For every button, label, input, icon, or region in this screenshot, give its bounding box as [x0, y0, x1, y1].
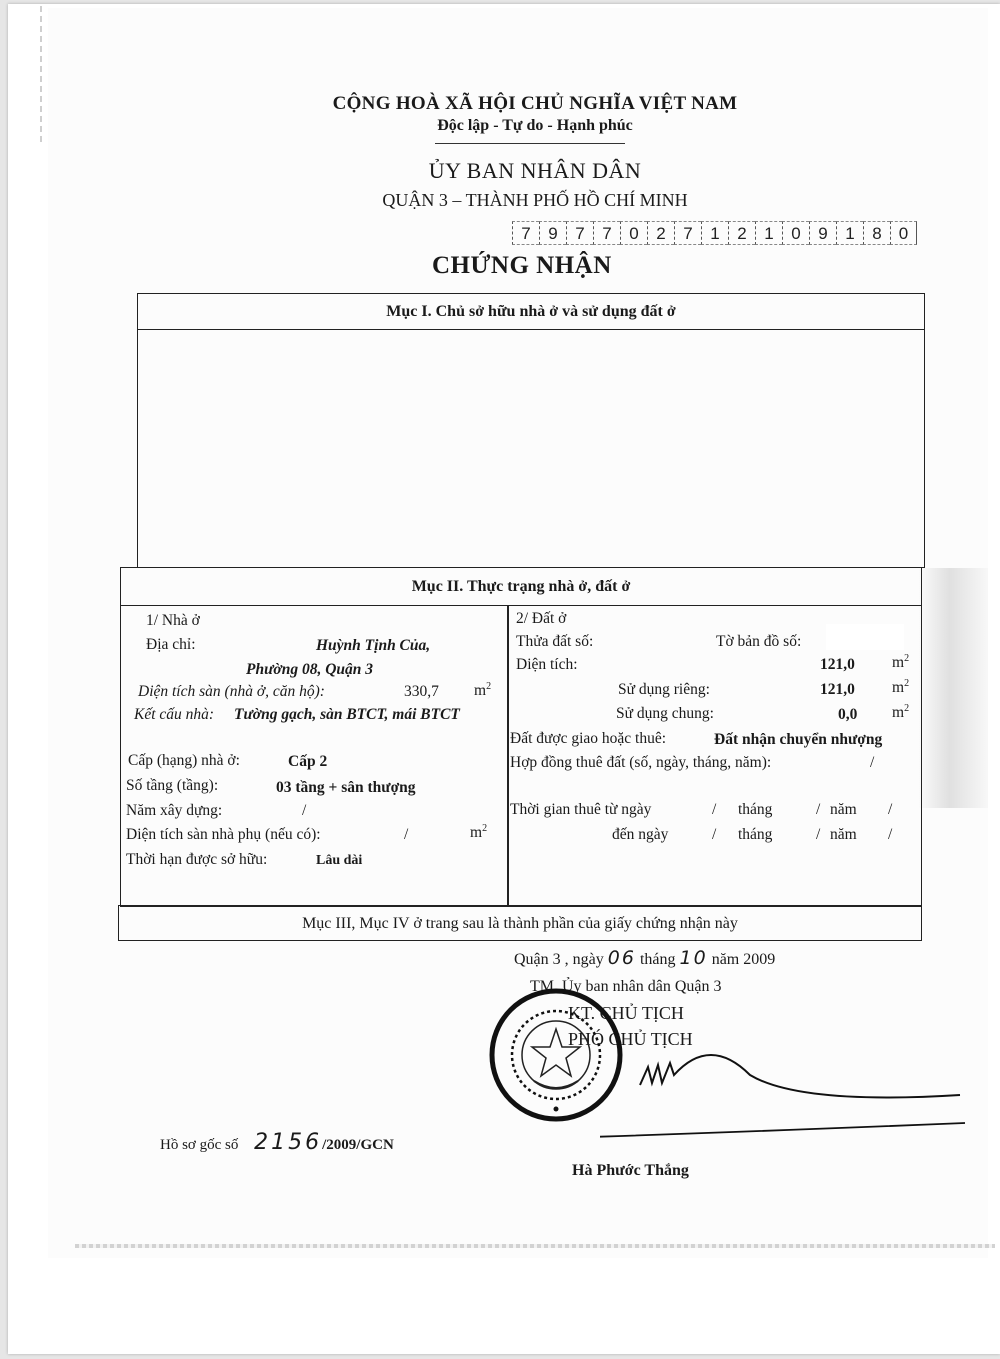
floors-value: 03 tầng + sân thượng — [276, 779, 416, 797]
lease-from-year: / — [888, 801, 892, 819]
issue-date: Quận 3 , ngày 06 tháng 10 năm 2009 — [514, 947, 775, 969]
aux-area-unit: m2 — [470, 823, 487, 842]
allocation-value: Đất nhận chuyển nhượng — [714, 731, 882, 749]
national-motto: Độc lập - Tự do - Hạnh phúc — [0, 117, 1000, 135]
code-digit: 7 — [593, 221, 620, 245]
certificate-title: CHỨNG NHẬN — [432, 252, 612, 280]
lease-contract-label: Hợp đồng thuê đất (số, ngày, tháng, năm)… — [510, 754, 771, 772]
section-1-owner: Mục I. Chủ sở hữu nhà ở và sử dụng đất ở — [137, 293, 925, 568]
code-digit: 2 — [647, 221, 674, 245]
code-digit: 0 — [782, 221, 809, 245]
shared-use-value: 0,0 — [838, 706, 857, 724]
code-digit: 9 — [809, 221, 836, 245]
house-label: 1/ Nhà ở — [146, 612, 200, 630]
floor-area-unit: m2 — [474, 681, 491, 700]
grade-value: Cấp 2 — [288, 753, 327, 771]
year-built-label: Năm xây dựng: — [126, 802, 222, 820]
code-digit: 7 — [566, 221, 593, 245]
dossier-number: Hồ sơ gốc số 2156/2009/GCN — [160, 1130, 394, 1155]
address-label: Địa chỉ: — [146, 636, 196, 654]
land-area-value: 121,0 — [820, 656, 855, 674]
grade-label: Cấp (hạng) nhà ở: — [128, 752, 240, 770]
certificate-code: 797702712109180 — [512, 221, 917, 245]
nation-title: CỘNG HOÀ XÃ HỘI CHỦ NGHĨA VIỆT NAM — [0, 93, 1000, 115]
lease-to-year: / — [888, 826, 892, 844]
lease-to-label: đến ngày — [612, 826, 668, 844]
shared-use-label: Sử dụng chung: — [616, 705, 714, 723]
code-digit: 0 — [620, 221, 647, 245]
ownership-term-label: Thời hạn được sở hữu: — [126, 851, 267, 869]
lease-from-day: / — [712, 801, 716, 819]
code-digit: 8 — [863, 221, 890, 245]
dossier-number-value: 2156 — [254, 1130, 322, 1155]
section-3-note: Mục III, Mục IV ở trang sau là thành phầ… — [118, 905, 922, 941]
private-use-value: 121,0 — [820, 681, 855, 699]
paper-crease — [918, 568, 988, 808]
lease-from-month: / — [816, 801, 820, 819]
code-digit: 9 — [539, 221, 566, 245]
issue-year: 2009 — [743, 951, 775, 968]
column-divider — [507, 606, 509, 906]
address-line-2: Phường 08, Quận 3 — [246, 661, 373, 679]
structure-value: Tường gạch, sàn BTCT, mái BTCT — [234, 706, 460, 724]
lease-to-year-label: năm — [830, 826, 857, 844]
floor-area-value: 330,7 — [404, 683, 439, 701]
lease-from-label: Thời gian thuê từ ngày — [510, 801, 651, 819]
code-digit: 7 — [674, 221, 701, 245]
structure-label: Kết cấu nhà: — [134, 706, 214, 724]
signature-scribble-icon — [600, 1045, 970, 1155]
code-digit: 1 — [755, 221, 782, 245]
land-label: 2/ Đất ở — [516, 610, 566, 628]
aux-area-value: / — [404, 826, 408, 844]
shared-use-unit: m2 — [892, 703, 909, 722]
parcel-label: Thửa đất số: — [516, 633, 593, 651]
issue-day: 06 — [608, 947, 636, 969]
lease-from-month-label: tháng — [738, 801, 772, 819]
lease-to-month-label: tháng — [738, 826, 772, 844]
land-area-unit: m2 — [892, 653, 909, 672]
map-sheet-value-redacted — [826, 624, 904, 650]
lease-from-year-label: năm — [830, 801, 857, 819]
address-line-1: Huỳnh Tịnh Của, — [316, 637, 430, 655]
land-area-label: Diện tích: — [516, 656, 578, 674]
map-sheet-label: Tờ bản đồ số: — [716, 633, 801, 651]
section-1-heading: Mục I. Chủ sở hữu nhà ở và sử dụng đất ở — [138, 294, 924, 330]
aux-area-label: Diện tích sàn nhà phụ (nếu có): — [126, 826, 321, 844]
signer-name: Hà Phước Thắng — [572, 1162, 689, 1180]
lease-to-month: / — [816, 826, 820, 844]
issuer-title: ỦY BAN NHÂN DÂN — [0, 158, 1000, 184]
issue-month: 10 — [680, 947, 708, 969]
code-digit: 2 — [728, 221, 755, 245]
scan-artifact-bottom — [75, 1244, 995, 1248]
code-digit: 0 — [890, 221, 917, 245]
code-digit: 1 — [701, 221, 728, 245]
issuer-location: QUẬN 3 – THÀNH PHỐ HỒ CHÍ MINH — [0, 190, 1000, 211]
year-built-value: / — [302, 802, 306, 820]
allocation-label: Đất được giao hoặc thuê: — [510, 730, 666, 748]
floors-label: Số tầng (tầng): — [126, 777, 218, 795]
code-digit: 1 — [836, 221, 863, 245]
private-use-unit: m2 — [892, 678, 909, 697]
ownership-term-value: Lâu dài — [316, 853, 362, 869]
lease-contract-value: / — [870, 754, 874, 772]
motto-underline — [435, 143, 625, 144]
section-2-heading: Mục II. Thực trạng nhà ở, đất ở — [121, 568, 921, 606]
code-digit: 7 — [512, 221, 539, 245]
private-use-label: Sử dụng riêng: — [618, 681, 710, 699]
lease-to-day: / — [712, 826, 716, 844]
floor-area-label: Diện tích sàn (nhà ở, căn hộ): — [138, 683, 325, 701]
